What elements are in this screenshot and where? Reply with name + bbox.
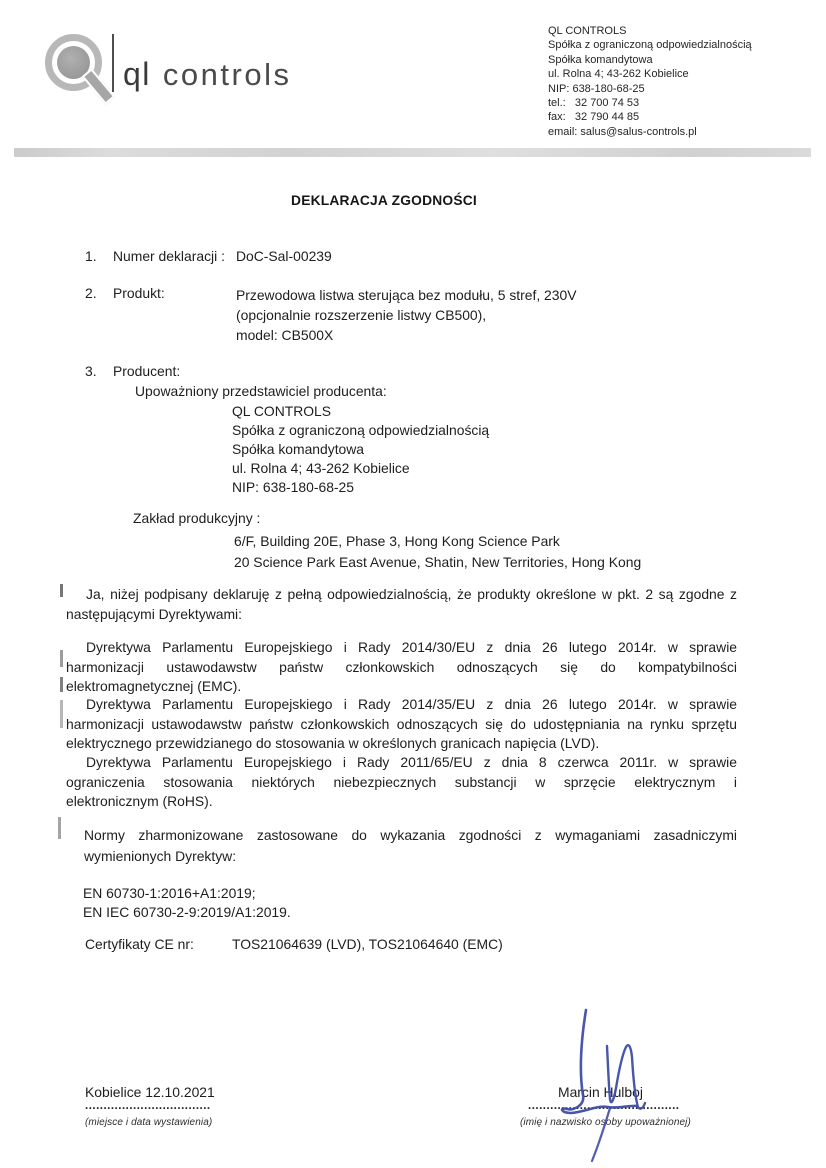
item2-number: 2. bbox=[85, 285, 97, 301]
harmonized-paragraph: Normy zharmonizowane zastosowane do wyka… bbox=[84, 825, 737, 866]
statement-line: Ja, niżej podpisany deklaruję z pełną od… bbox=[66, 584, 737, 604]
item3-number: 3. bbox=[85, 363, 97, 379]
certificates-label: Certyfikaty CE nr: bbox=[85, 936, 194, 952]
representative-address: QL CONTROLS Spółka z ograniczoną odpowie… bbox=[232, 402, 489, 497]
factory-line: 6/F, Building 20E, Phase 3, Hong Kong Sc… bbox=[234, 531, 641, 552]
directive-line: harmonizacji ustawodawstw państw członko… bbox=[66, 658, 737, 678]
company-line: NIP: 638-180-68-25 bbox=[548, 82, 752, 96]
harmonized-line: wymienionych Dyrektyw: bbox=[84, 846, 737, 867]
directive-line: Dyrektywa Parlamentu Europejskiego i Rad… bbox=[66, 753, 737, 773]
standard-line: EN IEC 60730-2-9:2019/A1:2019. bbox=[83, 902, 291, 922]
scan-artifact bbox=[60, 700, 63, 728]
representative-line: ul. Rolna 4; 43-262 Kobielice bbox=[232, 459, 489, 478]
directive-paragraph-rohs: Dyrektywa Parlamentu Europejskiego i Rad… bbox=[66, 753, 737, 812]
scan-artifact bbox=[58, 817, 61, 839]
directive-line: elektronicznym (RoHS). bbox=[66, 792, 737, 812]
directive-paragraph-lvd: Dyrektywa Parlamentu Europejskiego i Rad… bbox=[66, 695, 737, 754]
company-line: QL CONTROLS bbox=[548, 24, 752, 38]
certificates-value: TOS21064639 (LVD), TOS21064640 (EMC) bbox=[232, 936, 503, 952]
item1-value: DoC-Sal-00239 bbox=[236, 248, 332, 264]
harmonized-line: Normy zharmonizowane zastosowane do wyka… bbox=[84, 825, 737, 846]
representative-line: NIP: 638-180-68-25 bbox=[232, 478, 489, 497]
logo-text-ql: ql bbox=[123, 56, 151, 93]
representative-line: Spółka komandytowa bbox=[232, 440, 489, 459]
logo-wordmark: ql controls bbox=[123, 56, 291, 93]
company-line: Spółka komandytowa bbox=[548, 53, 752, 67]
directive-line: ograniczenia stosowania niektórych niebe… bbox=[66, 773, 737, 793]
item2-value-lines: Przewodowa listwa sterująca bez modułu, … bbox=[236, 285, 577, 345]
representative-line: QL CONTROLS bbox=[232, 402, 489, 421]
product-line: model: CB500X bbox=[236, 325, 577, 345]
product-line: (opcjonalnie rozszerzenie listwy CB500), bbox=[236, 305, 577, 325]
representative-line: Spółka z ograniczoną odpowiedzialnością bbox=[232, 421, 489, 440]
company-address-block: QL CONTROLS Spółka z ograniczoną odpowie… bbox=[548, 24, 752, 139]
company-line: Spółka z ograniczoną odpowiedzialnością bbox=[548, 38, 752, 52]
item1-label: Numer deklaracji : bbox=[113, 248, 225, 264]
header-divider-band bbox=[14, 148, 811, 157]
standard-line: EN 60730-1:2016+A1:2019; bbox=[83, 883, 256, 903]
logo-text-controls: controls bbox=[163, 57, 292, 93]
issue-place-date: Kobielice 12.10.2021 bbox=[85, 1084, 215, 1100]
item2-label: Produkt: bbox=[113, 285, 165, 301]
directive-line: Dyrektywa Parlamentu Europejskiego i Rad… bbox=[66, 638, 737, 658]
directive-line: elektrycznego przewidzianego do stosowan… bbox=[66, 734, 737, 754]
directive-line: harmonizacji ustawodawstw państw członko… bbox=[66, 715, 737, 735]
company-line: fax: 32 790 44 85 bbox=[548, 110, 752, 124]
scan-artifact bbox=[60, 677, 63, 692]
logo-divider bbox=[112, 34, 114, 92]
factory-line: 20 Science Park East Avenue, Shatin, New… bbox=[234, 552, 641, 573]
item1-number: 1. bbox=[85, 248, 97, 264]
company-line: ul. Rolna 4; 43-262 Kobielice bbox=[548, 67, 752, 81]
company-line: email: salus@salus-controls.pl bbox=[548, 125, 752, 139]
directive-line: Dyrektywa Parlamentu Europejskiego i Rad… bbox=[66, 695, 737, 715]
factory-heading: Zakład produkcyjny : bbox=[133, 510, 260, 526]
document-page: ql controls QL CONTROLS Spółka z ogranic… bbox=[0, 0, 826, 1168]
scan-artifact bbox=[60, 584, 63, 597]
company-line: tel.: 32 700 74 53 bbox=[548, 96, 752, 110]
handwritten-signature bbox=[540, 1000, 670, 1168]
statement-line: następującymi Dyrektywami: bbox=[66, 604, 737, 624]
scan-artifact bbox=[60, 650, 63, 667]
product-line: Przewodowa listwa sterująca bez modułu, … bbox=[236, 285, 577, 305]
left-caption: (miejsce i data wystawienia) bbox=[85, 1117, 212, 1128]
directive-paragraph-emc: Dyrektywa Parlamentu Europejskiego i Rad… bbox=[66, 638, 737, 697]
left-dotted-line: .................................. bbox=[85, 1100, 211, 1112]
item3-label: Producent: bbox=[113, 363, 180, 379]
representative-heading: Upoważniony przedstawiciel producenta: bbox=[135, 383, 387, 399]
statement-paragraph: Ja, niżej podpisany deklaruję z pełną od… bbox=[66, 584, 737, 625]
factory-address: 6/F, Building 20E, Phase 3, Hong Kong Sc… bbox=[234, 531, 641, 572]
page-title: DEKLARACJA ZGODNOŚCI bbox=[66, 193, 702, 208]
